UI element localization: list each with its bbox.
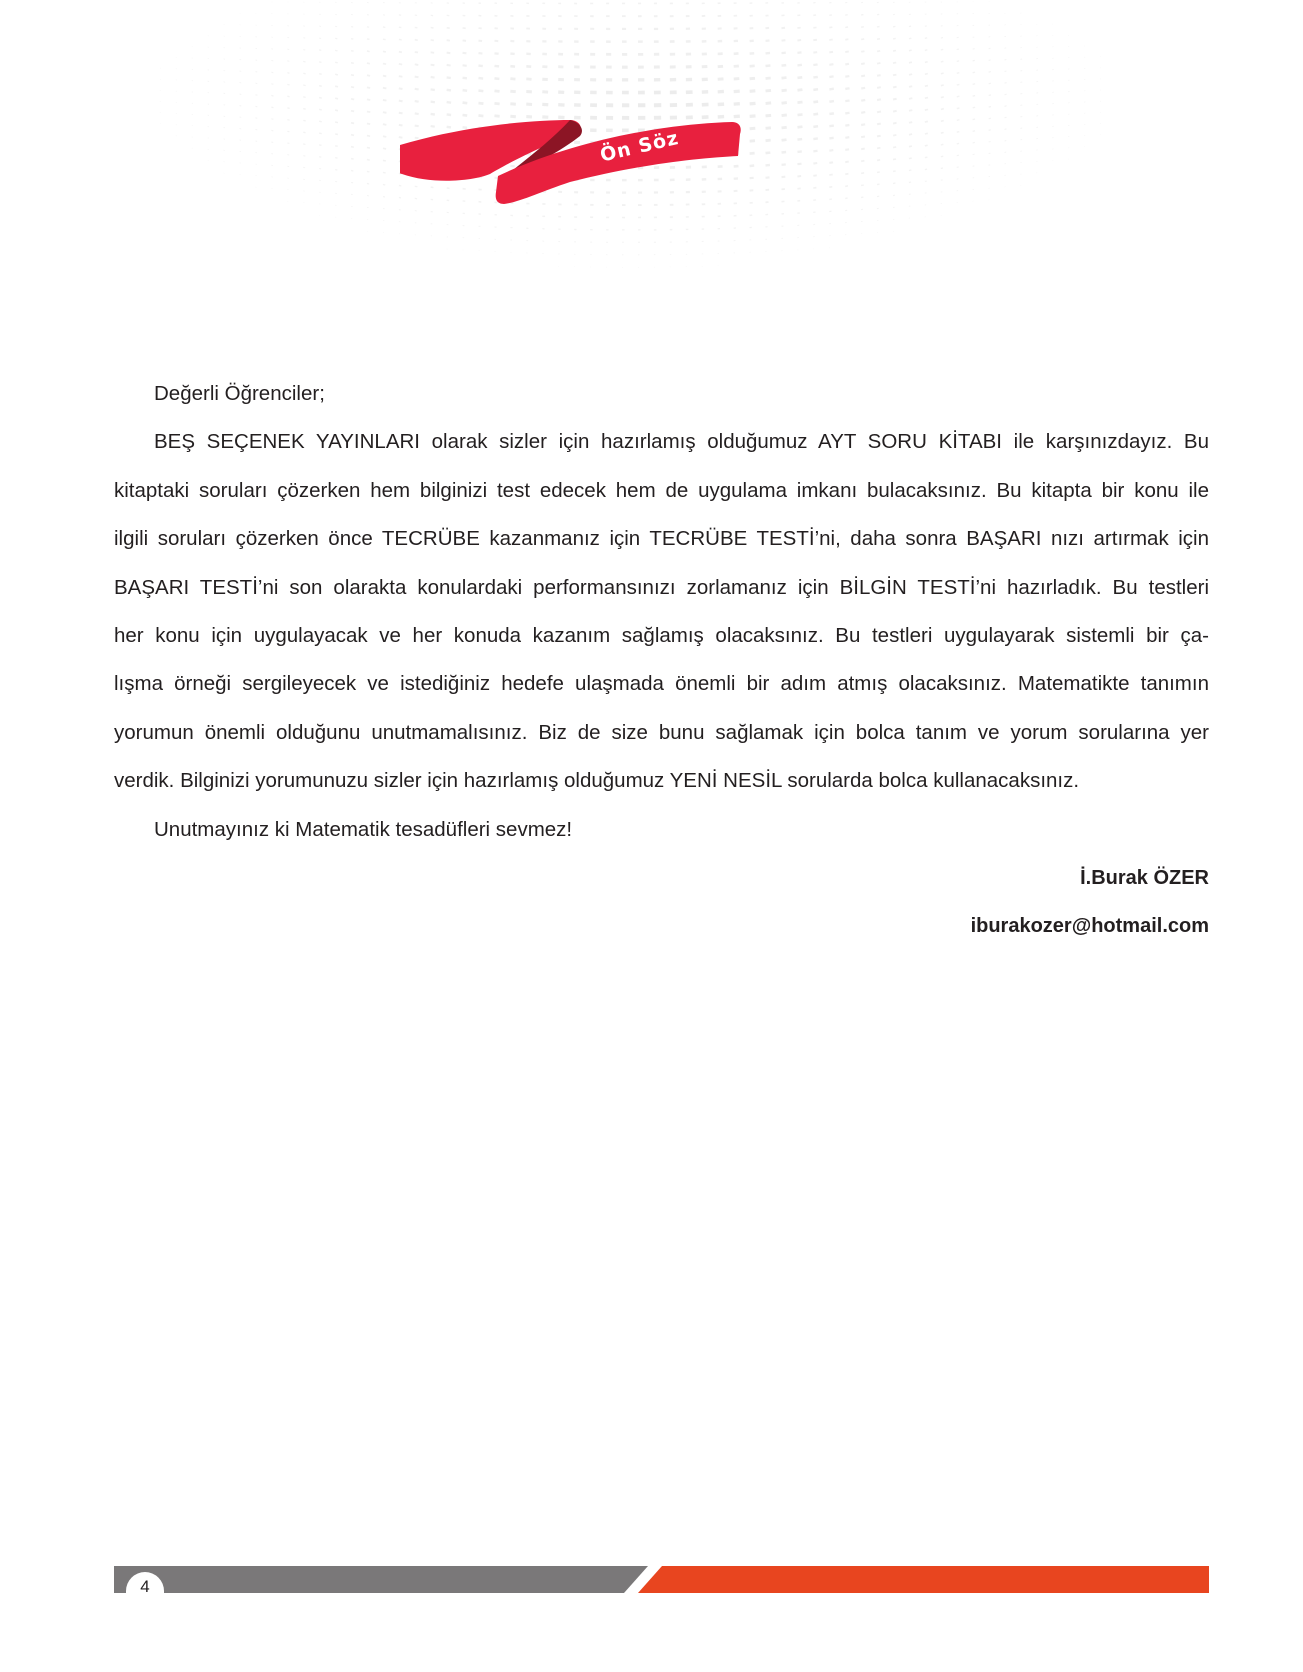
paragraph-line: verdik. Bilginizi yorumunuzu sizler için…	[114, 757, 1209, 805]
closing-line: Unutmayınız ki Matematik tesadüfleri sev…	[114, 806, 1209, 854]
footer-bar	[114, 1566, 1209, 1593]
footer-accent-band	[638, 1566, 1209, 1593]
paragraph-line: BEŞ SEÇENEK YAYINLARI olarak sizler için…	[114, 418, 1209, 466]
paragraph-line: kitaptaki soruları çözerken hem bilginiz…	[114, 467, 1209, 515]
title-ribbon	[400, 112, 800, 212]
preface-body: Değerli Öğrenciler; BEŞ SEÇENEK YAYINLAR…	[114, 370, 1209, 951]
paragraph-line: lışma örneği sergileyecek ve istediğiniz…	[114, 660, 1209, 708]
paragraph-line: yorumun önemli olduğunu unutmamalısınız.…	[114, 709, 1209, 757]
footer-gray-band	[114, 1566, 648, 1593]
paragraph-line: her konu için uygulayacak ve her konuda …	[114, 612, 1209, 660]
author-email[interactable]: iburakozer@hotmail.com	[114, 902, 1209, 950]
greeting: Değerli Öğrenciler;	[114, 370, 1209, 418]
author-name: İ.Burak ÖZER	[114, 854, 1209, 902]
paragraph-line: BAŞARI TESTİ’ni son olarakta konulardaki…	[114, 564, 1209, 612]
paragraph-line: ilgili soruları çözerken önce TECRÜBE ka…	[114, 515, 1209, 563]
